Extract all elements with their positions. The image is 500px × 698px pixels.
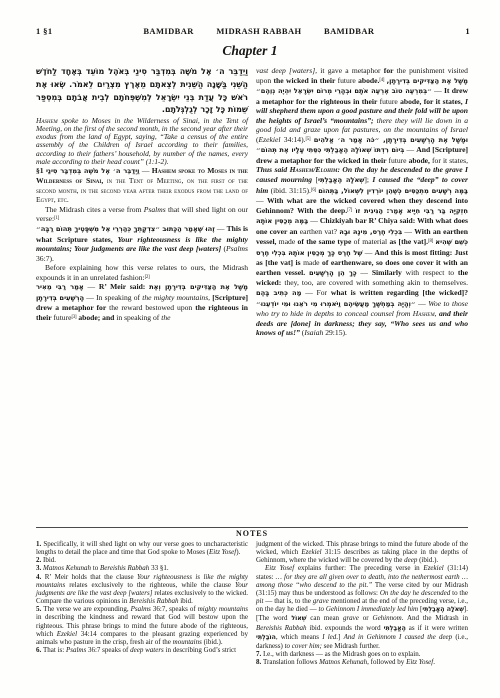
hebrew-text-run: אָמַר רַבִּי מֵאִיר — [36, 283, 84, 291]
text-run: Eitz Yosef — [406, 658, 433, 666]
text-run: for it states, — [432, 156, 468, 165]
text-run: I led — [322, 633, 336, 641]
text-run: as [the vat]. — [389, 237, 428, 246]
text-run: — — [432, 86, 444, 95]
text-run: Bereishis Rabbah — [100, 564, 149, 572]
text-run: I.e., with darkness — as the Midrash goe… — [263, 650, 420, 658]
note-paragraph: 4. R’ Meir holds that the clause Your ri… — [36, 573, 248, 606]
note-paragraph: 2. Ibid. — [36, 556, 248, 564]
header-book-name-left: BAMIDBAR — [143, 26, 193, 36]
text-run: (ibid. 31:15). — [271, 186, 311, 195]
text-run: 34:14). — [280, 135, 305, 144]
note-paragraph: judgment of the wicked. This phrase brin… — [256, 540, 468, 564]
body-paragraph: Before explaining how this verse relates… — [36, 263, 248, 282]
header-series-name: MIDRASH RABBAH — [216, 26, 301, 36]
note-number: 2. — [36, 556, 43, 564]
text-run: future — [338, 76, 358, 85]
text-run: for — [384, 66, 397, 75]
hebrew-text-run: שְׁאוֹל — [291, 615, 306, 622]
text-run: — — [404, 145, 416, 154]
text-run: mighty mountains — [198, 605, 248, 613]
text-run: Eitz Yosef — [209, 548, 236, 556]
text-run: And in Gehinnom I caused the deep — [344, 633, 453, 641]
text-run: mountains — [173, 638, 202, 646]
note-number: 8. — [256, 658, 263, 666]
text-run: §1 — [36, 166, 46, 175]
text-run: Before explaining how this verse relates… — [36, 263, 248, 282]
note-paragraph: Eitz Yosef explains further: The precedi… — [256, 564, 468, 650]
text-run: — — [362, 248, 374, 257]
text-run: Ezekiel — [57, 630, 77, 638]
text-run: Ezekiel — [301, 548, 321, 556]
text-run: grave — [313, 597, 329, 605]
body-paragraph: אָמַר רַבִּי מֵאִיר — R’ Meir said: מָשָ… — [36, 282, 248, 322]
text-run: ibid. — [178, 597, 192, 605]
text-run: — — [402, 227, 414, 236]
text-run: to — [91, 564, 100, 572]
text-run: (ibid.). — [202, 638, 223, 646]
hebrew-text-run: הוֹבַלְתִּי — [256, 634, 276, 641]
text-run: in describing God’s strict — [164, 646, 236, 654]
text-run: R’ Meir said: — [99, 282, 149, 291]
text-run: the wicked in their — [274, 76, 338, 85]
header-section-ref: 1 §1 — [36, 26, 52, 36]
body-paragraph: §1 וַיְדַבֵּר ה׳ אֶל מֹשֶׁה בְּמִדְבַּר … — [36, 166, 248, 205]
text-run: to Gehinnom I immediately led him — [319, 605, 419, 613]
text-run: .] — [336, 633, 343, 641]
text-run: the reward bestowed upon — [109, 303, 195, 312]
text-run: On the day he descended — [380, 589, 450, 597]
text-run: the — [161, 313, 170, 322]
right-text-column: vast deep [waters], it gave a metaphor f… — [256, 66, 468, 338]
text-run: The Midrash cites a verse from — [45, 205, 144, 214]
text-run: abode. — [358, 76, 379, 85]
body-paragraph: זֶהוּ שֶׁאָמַר הַכָּתוּב ״צִדְקָתְךָ כְּ… — [36, 224, 248, 263]
notes-title: NOTES — [36, 529, 468, 538]
text-run: Ezekiel — [423, 564, 443, 572]
text-run: the mighty mountains, — [142, 293, 210, 302]
text-run: — — [416, 299, 429, 308]
text-run: deep waters — [130, 646, 164, 654]
text-run: Isaiah — [304, 328, 323, 337]
text-run: it gave a metaphor — [317, 66, 384, 75]
text-run: or — [359, 614, 373, 622]
hebrew-text-run: ״וְהָיָה בְמַחְשָׁךְ מַעֲשֵׂיהֶם וַיֹּאמ… — [256, 300, 416, 308]
book-page: 1 §1 BAMIDBAR MIDRASH RABBAH BAMIDBAR 1 … — [0, 0, 500, 698]
note-paragraph: 1. Specifically, it will shed light on w… — [36, 540, 248, 556]
hebrew-text-run: זֶהוּ שֶׁאָמַר הַכָּתוּב ״צִדְקָתְךָ כְּ… — [36, 225, 215, 233]
note-paragraph: 7. I.e., with darkness — as the Midrash … — [256, 650, 468, 658]
header-title: BAMIDBAR MIDRASH RABBAH BAMIDBAR — [133, 26, 384, 36]
text-run: Matnos Kehunah — [319, 658, 367, 666]
text-run: as if it were written — [406, 624, 468, 632]
text-run: . And the Midrash in — [402, 614, 468, 622]
text-run: 36:7). — [36, 254, 54, 263]
body-paragraph: vast deep [waters], it gave a metaphor f… — [256, 66, 468, 338]
text-run: abode, for it states, — [400, 97, 465, 106]
footnote-reference: [2] — [145, 275, 150, 280]
note-paragraph: 3. Matnos Kehunah to Bereishis Rabbah 33… — [36, 564, 248, 572]
text-run: . — [433, 658, 435, 666]
text-run: to the — [450, 589, 468, 597]
text-run: grave — [343, 614, 359, 622]
header-page-number: 1 — [465, 26, 470, 36]
text-run: Bereishis Rabbah — [256, 624, 307, 632]
text-run: R’ Meir holds that the clause — [45, 573, 137, 581]
text-run: Similarly — [372, 268, 406, 277]
note-number: 7. — [256, 650, 263, 658]
text-run: — — [256, 196, 267, 205]
text-run: in speaking of — [116, 313, 161, 322]
text-run: can mean — [306, 614, 343, 622]
notes-section: NOTES 1. Specifically, it will shed ligh… — [36, 527, 468, 666]
text-run: made — [279, 237, 298, 246]
notes-left-column: 1. Specifically, it will shed light on w… — [36, 540, 248, 666]
text-run: ibid. expounds the word — [307, 624, 384, 632]
text-run: — — [357, 268, 372, 277]
text-run: 36:7, speaks of — [151, 605, 198, 613]
note-paragraph: 8. Translation follows Matnos Kehunah, f… — [256, 658, 468, 666]
text-run: 29:15). — [323, 328, 347, 337]
text-run: Gehinnom — [373, 614, 402, 622]
page-header: 1 §1 BAMIDBAR MIDRASH RABBAH BAMIDBAR 1 — [36, 26, 470, 36]
text-run: Ezekiel — [259, 135, 281, 144]
hebrew-text-run: כָּךְ הֵן הָרְשָׁעִים — [309, 269, 357, 277]
text-run: future — [388, 156, 408, 165]
text-run: see Midrash further. — [322, 642, 380, 650]
text-run: deep — [404, 556, 417, 564]
text-run: Psalms — [131, 605, 151, 613]
text-run: — — [215, 224, 227, 233]
body-paragraph: The Midrash cites a verse from Psalms th… — [36, 205, 248, 224]
main-text-columns: וַיְדַבֵּר ה׳ אֶל מֹשֶׁה בְּמִדְבַּר סִי… — [36, 66, 468, 338]
text-run: Hashem — [413, 309, 435, 318]
text-run: Thus said — [256, 165, 290, 174]
text-run: vast deep [waters], — [256, 66, 317, 75]
hebrew-text-run: מַה כְּתִיב בָּהֶם — [256, 289, 301, 297]
header-book-name-right: BAMIDBAR — [324, 26, 374, 36]
text-run: — For — [301, 288, 330, 297]
text-run: explains further: The preceding verse in — [294, 564, 423, 572]
text-run: — In speaking of — [84, 293, 142, 302]
text-run: Bereishis Rabbah — [129, 597, 178, 605]
text-run: Eitz Yosef — [265, 564, 294, 572]
hebrew-text-run: שְׁאֹלָה הֶאֱבַלְתִּי — [422, 606, 464, 613]
text-run: , which means — [276, 633, 322, 641]
text-run: Psalms — [66, 646, 86, 654]
text-run: 36:7 speaks of — [86, 646, 130, 654]
text-run: Matnos Kehunah — [43, 564, 91, 572]
chapter-title: Chapter 1 — [0, 43, 500, 59]
text-run: ). — [236, 548, 240, 556]
text-run: The verse we are expounding, — [43, 605, 130, 613]
hebrew-text-run: בִּכְלִי חֶרֶס, מִינָהּ וּבָהּ — [339, 228, 402, 236]
hebrew-text-run: בַּמֶּה רְשָׁעִים מִתְכַּסִּים כְּשֶׁהֵן… — [318, 187, 468, 195]
text-run: future — [380, 97, 400, 106]
text-run: — — [84, 282, 99, 291]
hebrew-text-run: שְׁאֹלָה הֶאֱבַלְתִּי — [318, 176, 364, 184]
left-text-column: וַיְדַבֵּר ה׳ אֶל מֹשֶׁה בְּמִדְבַּר סִי… — [36, 66, 248, 338]
text-run: future — [53, 313, 71, 322]
text-run: Translation follows — [263, 658, 319, 666]
text-run: abode, — [409, 156, 432, 165]
notes-divider-rule — [36, 527, 468, 528]
text-run: of the same type — [298, 237, 354, 246]
text-run: to cover him; — [285, 642, 322, 650]
text-run: earthen vat? — [300, 227, 340, 236]
footnote-reference: [1] — [54, 217, 59, 222]
text-run: they, too, are covered with something ak… — [284, 278, 468, 287]
text-run: what is written regarding [the wicked]? — [331, 288, 468, 297]
note-number: 3. — [36, 564, 43, 572]
text-run: Ibid. — [43, 556, 56, 564]
text-run: — — [308, 216, 320, 225]
note-paragraph: 6. That is: Psalms 36:7 speaks of deep w… — [36, 646, 248, 654]
text-run: , followed by — [367, 658, 406, 666]
text-run: with respect to — [406, 268, 458, 277]
hebrew-text-run: וַיְדַבֵּר ה׳ אֶל מֹשֶׁה בְּמִדְבַּר סִי… — [46, 167, 140, 175]
text-run: made — [303, 258, 322, 267]
verse-english-paragraph: Hashem spoke to Moses in the Wilderness … — [36, 117, 248, 166]
text-run: Psalms — [226, 244, 248, 253]
text-run: Psalms — [144, 205, 166, 214]
notes-right-column: judgment of the wicked. This phrase brin… — [256, 540, 468, 666]
text-run: spoke to Moses in the Wilderness of Sina… — [36, 116, 248, 165]
note-paragraph: 5. The verse we are expounding, Psalms 3… — [36, 605, 248, 646]
text-run: That is: — [43, 646, 66, 654]
note-number: 6. — [36, 646, 43, 654]
note-number: 4. — [36, 573, 45, 581]
notes-columns: 1. Specifically, it will shed light on w… — [36, 540, 468, 666]
text-run: — that is, to the — [263, 597, 312, 605]
hebrew-text-run: וַיְדַבֵּר ה׳ אֶל מֹשֶׁה בְּמִדְבַּר סִי… — [36, 67, 248, 114]
hebrew-text-run: הֶאֱבַלְתִּי — [384, 625, 406, 632]
text-run: relates exclusively to the righteous, wh… — [65, 581, 235, 589]
text-run: abode; and — [78, 313, 116, 322]
text-run: Hashem/Elohim: — [290, 165, 340, 174]
text-run: of material — [354, 237, 390, 246]
text-run: — — [139, 166, 151, 175]
text-run: (ibid.). — [417, 556, 438, 564]
text-run: 33 §1. — [149, 564, 168, 572]
verse-hebrew-paragraph: וַיְדַבֵּר ה׳ אֶל מֹשֶׁה בְּמִדְבַּר סִי… — [36, 66, 248, 117]
